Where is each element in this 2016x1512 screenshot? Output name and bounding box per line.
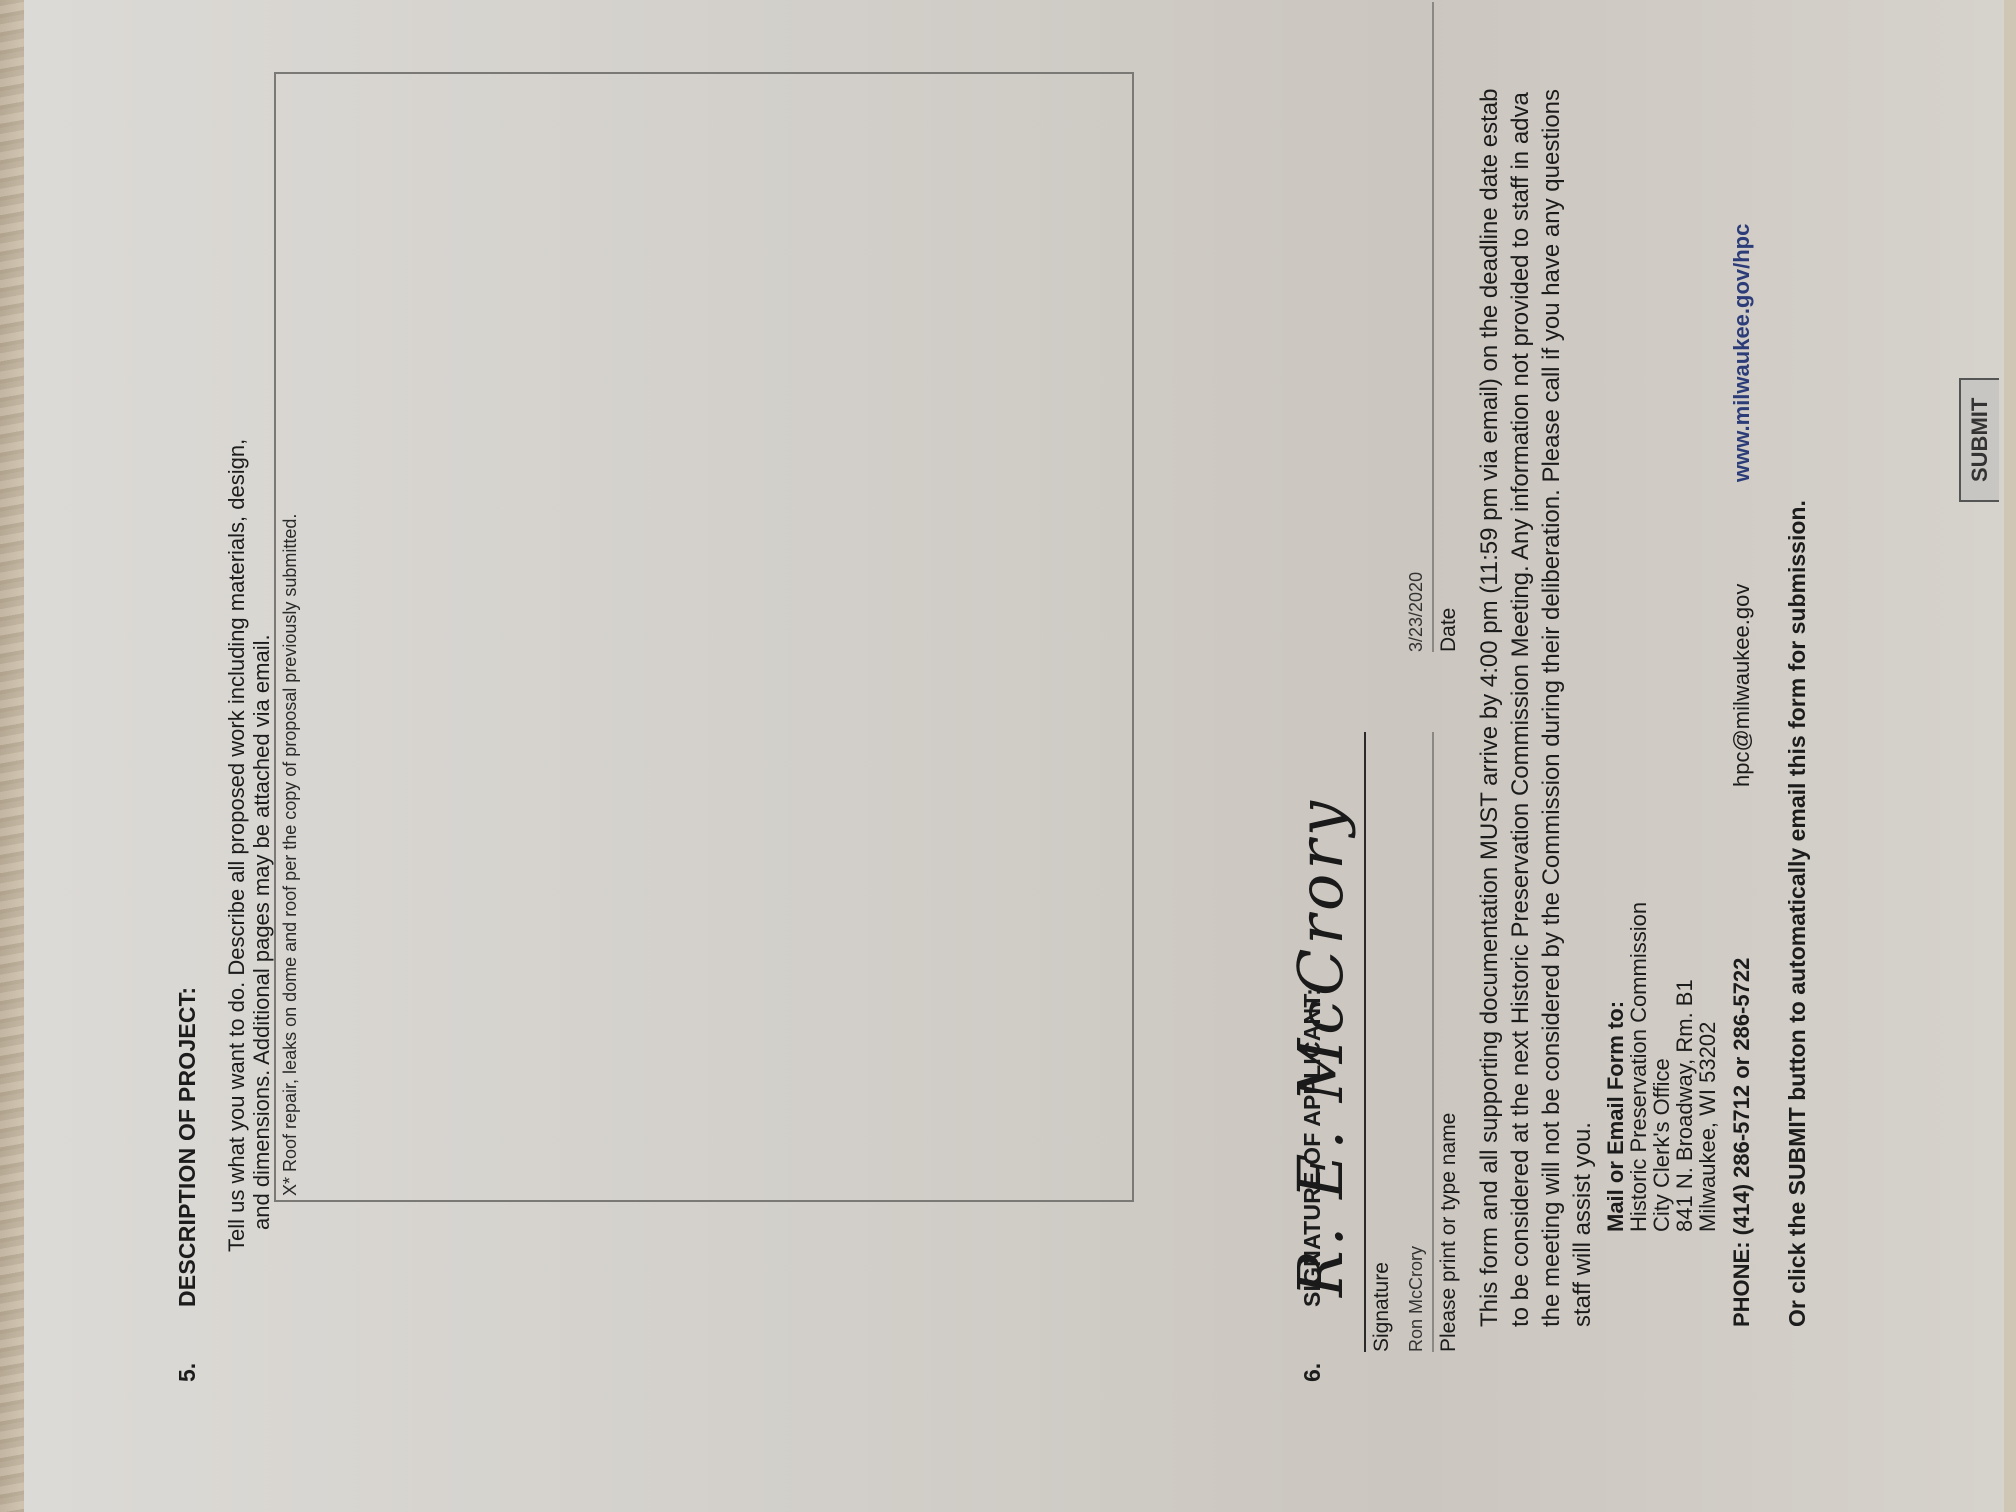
description-textarea[interactable]: X* Roof repair, leaks on dome and roof p… [274, 72, 1134, 1202]
printed-name-line[interactable] [1432, 732, 1434, 1352]
website-link[interactable]: www.milwaukee.gov/hpc [1729, 224, 1755, 482]
mail-line-4: Milwaukee, WI 53202 [1696, 902, 1719, 1232]
mail-line-1: Historic Preservation Commission [1627, 902, 1650, 1232]
signature-value: R. E. McCrory [1284, 797, 1357, 1297]
instructions-line-1: Tell us what you want to do. Describe al… [224, 52, 249, 1252]
submit-note: Or click the SUBMIT button to automatica… [1784, 500, 1811, 1327]
printed-name-value: Ron McCrory [1406, 1246, 1427, 1352]
phone-number: PHONE: (414) 286-5712 or 286-5722 [1729, 958, 1755, 1327]
instructions-line-2: and dimensions. Additional pages may be … [249, 52, 274, 1252]
mail-heading: Mail or Email Form to: [1603, 1001, 1628, 1232]
mail-line-3: 841 N. Broadway, Rm. B1 [1673, 902, 1696, 1232]
notice-line-4: staff will assist you. [1567, 0, 1598, 1327]
printed-name-label: Please print or type name [1437, 1113, 1461, 1352]
notice-line-1: This form and all supporting documentati… [1474, 0, 1505, 1327]
mail-line-2: City Clerk's Office [1650, 902, 1673, 1232]
signature-label: Signature [1370, 1262, 1394, 1352]
submit-button[interactable]: SUBMIT [1959, 378, 1999, 502]
section-5-title: DESCRIPTION OF PROJECT: [174, 987, 201, 1307]
section-5-number: 5. [174, 1363, 201, 1382]
section-6-number: 6. [1299, 1363, 1326, 1382]
notice-line-2: to be considered at the next Historic Pr… [1505, 0, 1536, 1327]
date-line[interactable] [1432, 2, 1434, 652]
notice-line-3: the meeting will not be considered by th… [1536, 0, 1567, 1327]
date-value: 3/23/2020 [1406, 572, 1427, 652]
description-value: X* Roof repair, leaks on dome and roof p… [280, 514, 301, 1196]
mail-address: Mail or Email Form to: Historic Preserva… [1604, 902, 1719, 1232]
signature-line[interactable] [1364, 732, 1366, 1352]
email-link[interactable]: hpc@milwaukee.gov [1729, 584, 1755, 787]
deadline-notice: This form and all supporting documentati… [1474, 0, 1598, 1327]
date-label: Date [1437, 608, 1461, 652]
form-page: 5. DESCRIPTION OF PROJECT: Tell us what … [24, 0, 2004, 1512]
section-5-instructions: Tell us what you want to do. Describe al… [224, 52, 274, 1252]
